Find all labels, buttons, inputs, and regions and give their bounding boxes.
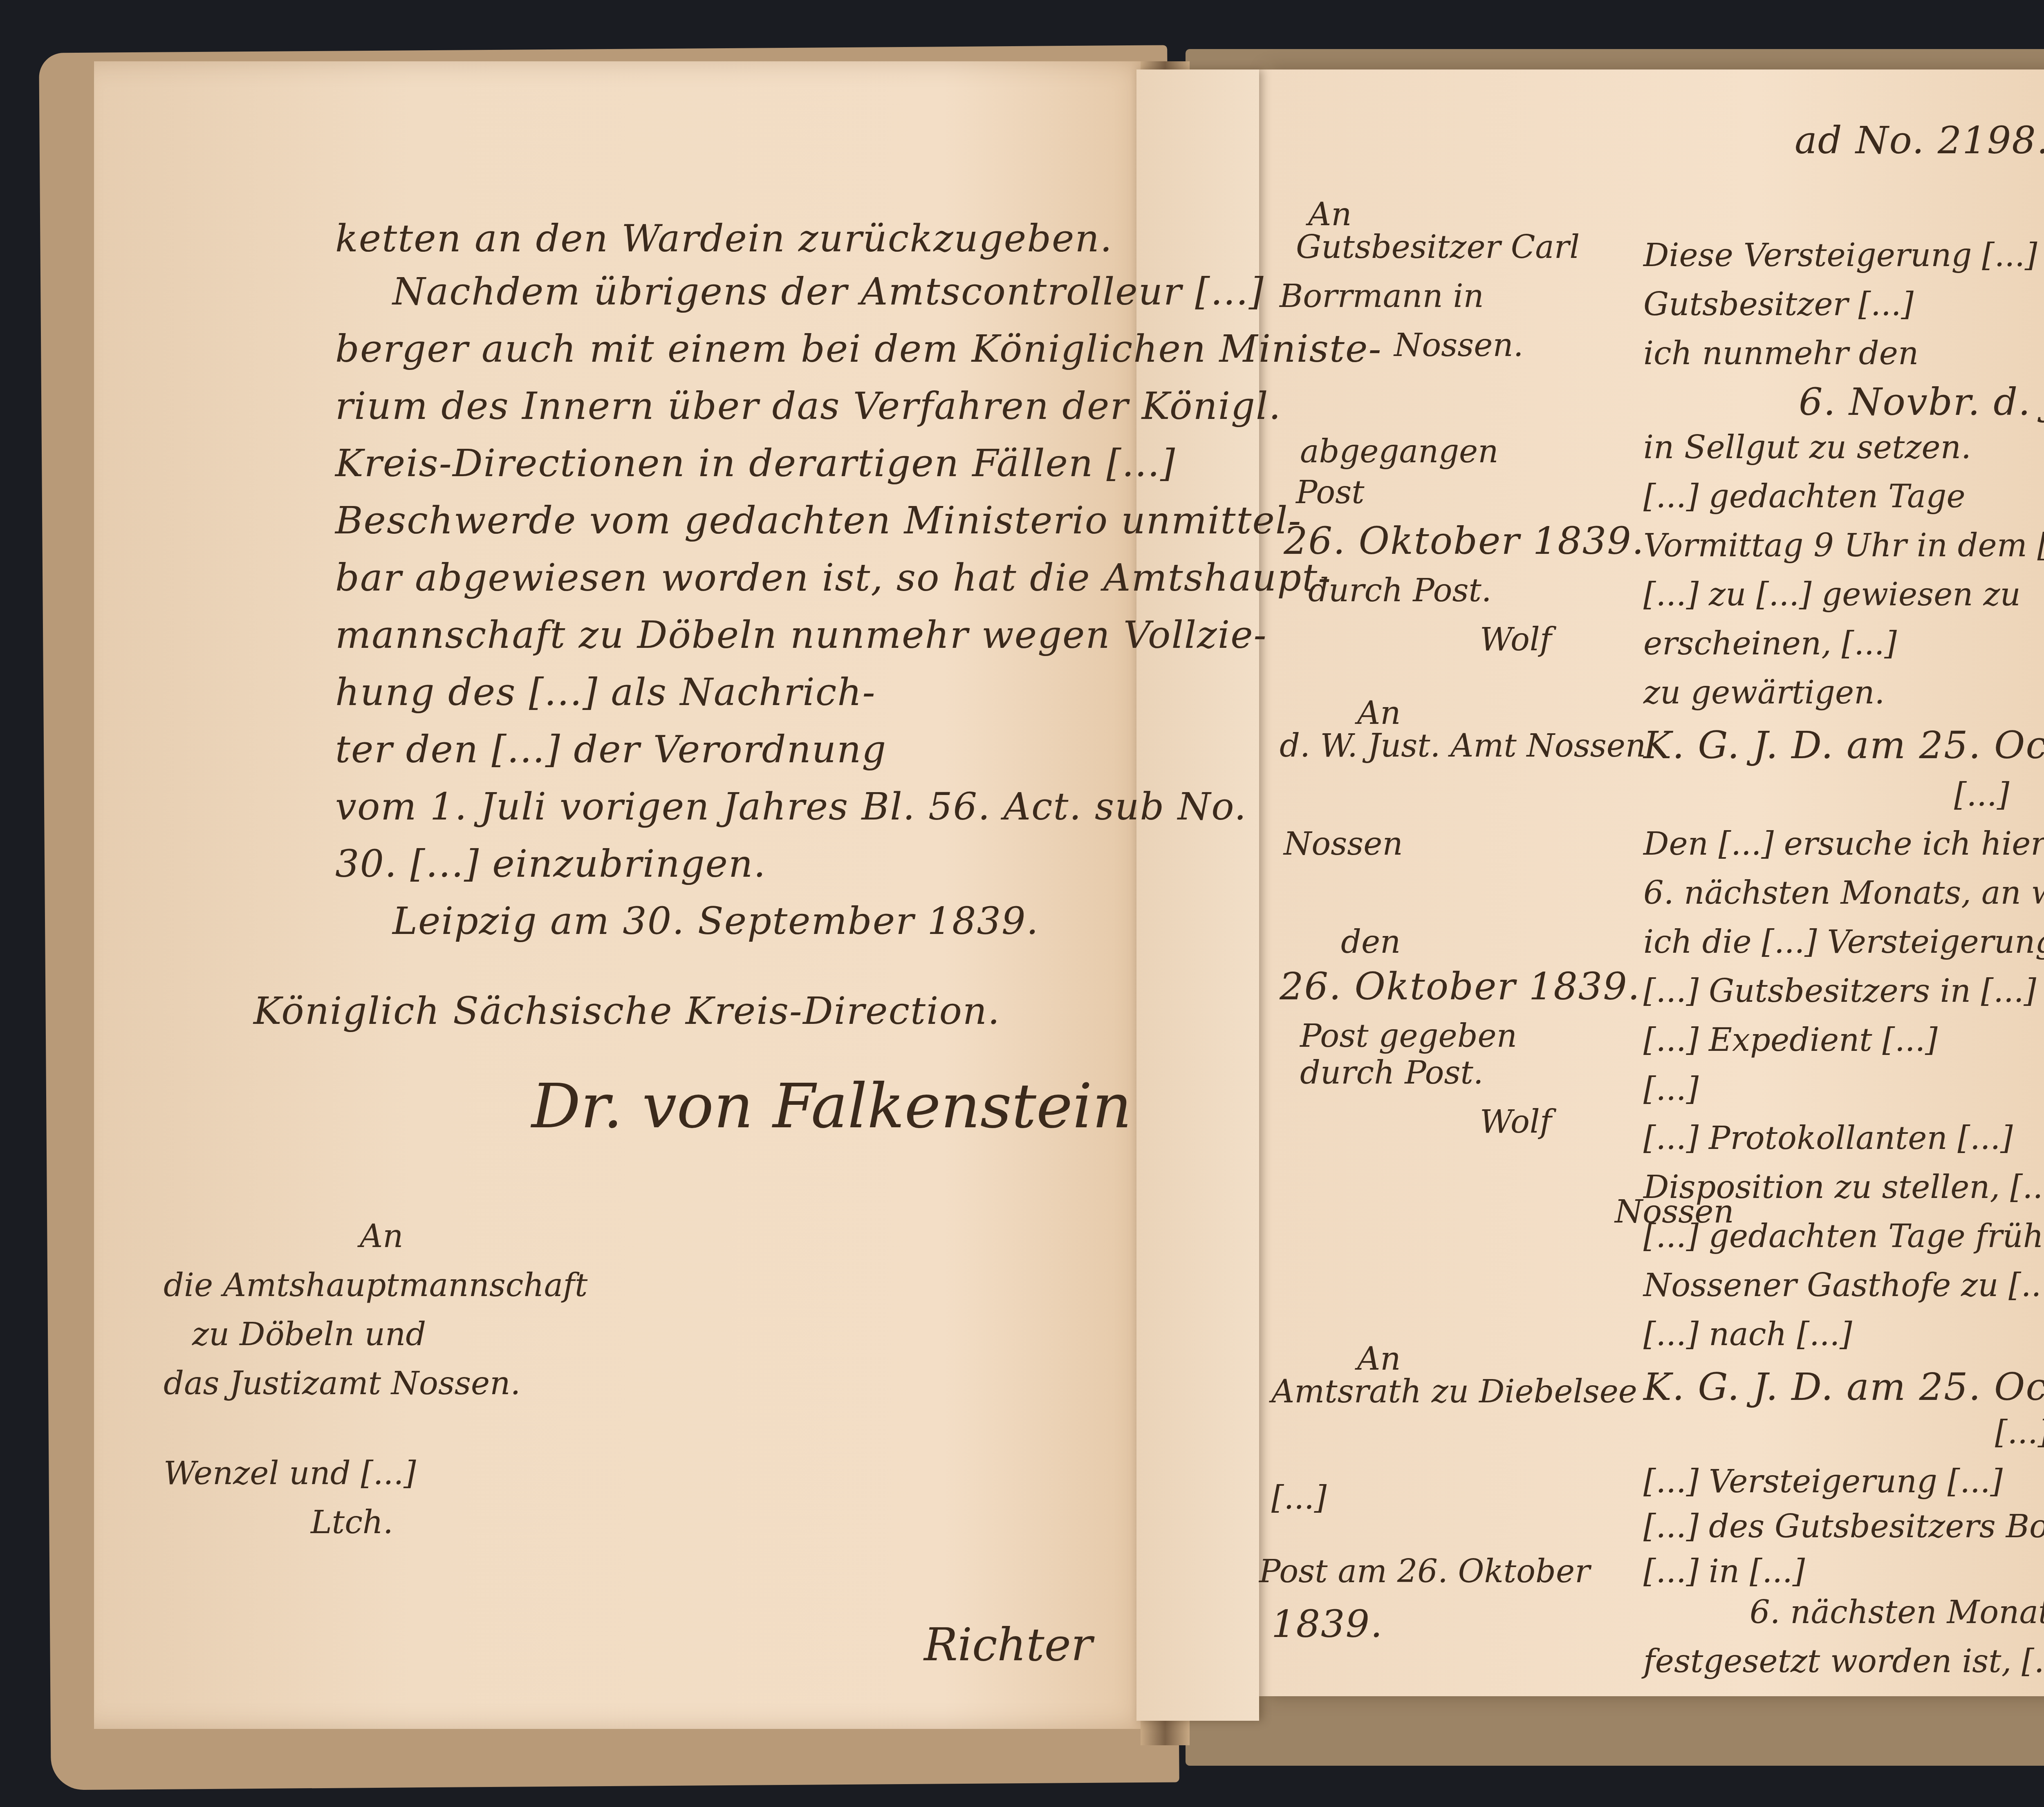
note-line: Ltch. bbox=[311, 1504, 393, 1541]
strip-line: Wolf bbox=[1480, 1104, 1552, 1140]
right-line: Nossener Gasthofe zu [...] bbox=[1643, 1267, 2044, 1304]
right-date-line: K. G. J. D. am 25. Octbr. 1839. bbox=[1643, 723, 2044, 767]
strip-date: 26. Oktober 1839. bbox=[1284, 519, 1645, 563]
strip-line: durch Post. bbox=[1308, 572, 1492, 609]
strip-line: abgegangen bbox=[1300, 433, 1499, 470]
right-line: Vormittag 9 Uhr in dem [...] bbox=[1643, 527, 2044, 564]
right-line: [...] gedachten Tage bbox=[1643, 478, 1966, 515]
address-line: die Amtshauptmannschaft bbox=[164, 1267, 587, 1304]
strip-line: Nossen bbox=[1284, 826, 1403, 862]
strip-line: d. W. Just. Amt Nossen bbox=[1280, 728, 1646, 764]
left-line: mannschaft zu Döbeln nunmehr wegen Vollz… bbox=[335, 613, 1267, 657]
left-line: 30. [...] einzubringen. bbox=[335, 842, 766, 886]
address-line: zu Döbeln und bbox=[192, 1316, 426, 1353]
right-line: [...] gedachten Tage früh 8 Uhr im bbox=[1643, 1218, 2044, 1255]
strip-line: An bbox=[1357, 695, 1401, 732]
strip-line: Post gegeben bbox=[1300, 1018, 1517, 1055]
left-line: ketten an den Wardein zurückzugeben. bbox=[335, 217, 1113, 260]
left-line: berger auch mit einem bei dem Königliche… bbox=[335, 327, 1382, 371]
strip-line: Nossen. bbox=[1394, 327, 1523, 364]
right-line: [...] Expedient [...] bbox=[1643, 1022, 1938, 1059]
right-line: Diese Versteigerung [...] bbox=[1643, 237, 2037, 274]
left-line: Nachdem übrigens der Amtscontrolleur [..… bbox=[392, 270, 1264, 313]
strip-date: 1839. bbox=[1271, 1602, 1383, 1646]
signature-falkenstein: Dr. von Falkenstein bbox=[531, 1071, 1132, 1142]
left-line: hung des [...] als Nachrich- bbox=[335, 670, 876, 714]
note-line: Wenzel und [...] bbox=[164, 1455, 416, 1492]
left-line: Kreis-Directionen in derartigen Fällen [… bbox=[335, 441, 1176, 485]
issuing-authority: Königlich Sächsische Kreis-Direction. bbox=[253, 989, 1000, 1033]
left-line: ter den [...] der Verordnung bbox=[335, 728, 887, 771]
right-line: in Sellgut zu setzen. bbox=[1643, 429, 1971, 466]
right-line: 6. Novbr. d. J. bbox=[1799, 380, 2044, 424]
strip-line: den bbox=[1341, 924, 1401, 961]
right-line: [...] des Gutsbesitzers Borrmann [...] bbox=[1643, 1508, 2044, 1545]
left-line: vom 1. Juli vorigen Jahres Bl. 56. Act. … bbox=[335, 785, 1247, 828]
right-line: festgesetzt worden ist, [...] bbox=[1643, 1643, 2044, 1680]
strip-line: Wolf bbox=[1480, 621, 1552, 658]
right-line: 6. nächsten Monats bbox=[1750, 1594, 2044, 1631]
right-line: [...] in [...] bbox=[1643, 1553, 1805, 1590]
right-line: 6. nächsten Monats, an welchem Tage bbox=[1643, 875, 2044, 911]
strip-line: Post am 26. Oktober bbox=[1259, 1553, 1590, 1590]
address-line: An bbox=[360, 1218, 403, 1255]
left-line: rium des Innern über das Verfahren der K… bbox=[335, 384, 1282, 428]
right-line: ich nunmehr den bbox=[1643, 335, 1918, 372]
left-date-line: Leipzig am 30. September 1839. bbox=[392, 899, 1039, 943]
right-line: [...] Gutsbesitzers in [...] bbox=[1643, 973, 2036, 1010]
right-line: [...] nach [...] bbox=[1643, 1316, 1852, 1353]
strip-line: An bbox=[1308, 196, 1352, 233]
strip-line: [...] bbox=[1271, 1480, 1327, 1516]
strip-line: Gutsbesitzer Carl bbox=[1296, 229, 1580, 266]
right-line: ich die [...] Versteigerung [...] bbox=[1643, 924, 2044, 961]
right-line: Gutsbesitzer [...] bbox=[1643, 286, 1914, 323]
right-line: erscheinen, [...] bbox=[1643, 625, 1897, 662]
strip-line: An bbox=[1357, 1341, 1401, 1377]
left-line: bar abgewiesen worden ist, so hat die Am… bbox=[335, 556, 1331, 600]
right-line: Den [...] ersuche ich hiermit auf den bbox=[1643, 826, 2044, 862]
address-line: das Justizamt Nossen. bbox=[164, 1365, 520, 1402]
strip-line: Post bbox=[1296, 474, 1365, 511]
right-line: [...] Protokollanten [...] bbox=[1643, 1120, 2013, 1157]
signature-richter: Richter bbox=[924, 1619, 1092, 1671]
right-line: [...] bbox=[1643, 1071, 1699, 1108]
reference-number: ad No. 2198. bbox=[1795, 119, 2044, 162]
insert-strip bbox=[1136, 69, 1259, 1721]
right-line: [...] zu [...] gewiesen zu bbox=[1643, 576, 2021, 613]
strip-date: 26. Oktober 1839. bbox=[1280, 965, 1641, 1008]
right-line: [...] bbox=[1995, 1414, 2044, 1451]
strip-line: durch Post. bbox=[1300, 1055, 1484, 1091]
right-date-line: K. G. J. D. am 25. Octbr. 1839. bbox=[1643, 1365, 2044, 1409]
right-line: zu gewärtigen. bbox=[1643, 674, 1885, 711]
left-line: Beschwerde vom gedachten Ministerio unmi… bbox=[335, 499, 1302, 542]
right-line: Disposition zu stellen, [...] bbox=[1643, 1169, 2044, 1206]
strip-line: Borrmann in bbox=[1280, 278, 1484, 315]
right-line: [...] Versteigerung [...] bbox=[1643, 1463, 2003, 1500]
right-line: [...] bbox=[1954, 777, 2009, 813]
strip-line: Amtsrath zu Diebelsee bbox=[1271, 1373, 1637, 1410]
